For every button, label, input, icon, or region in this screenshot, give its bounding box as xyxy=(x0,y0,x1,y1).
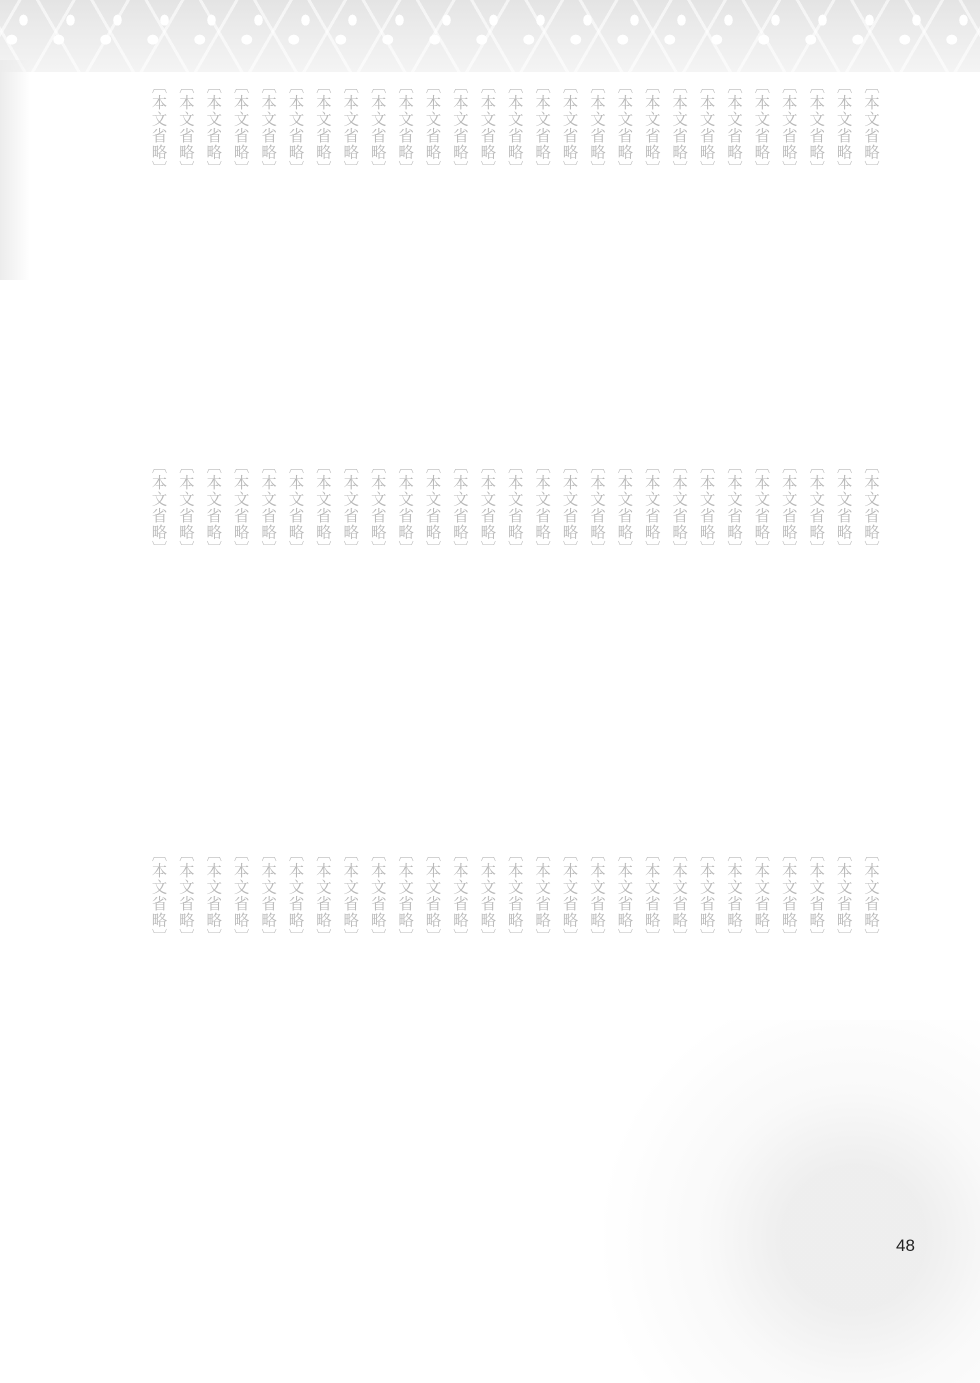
text-column: 〔本文省略〕 xyxy=(692,78,719,418)
text-column: 〔本文省略〕 xyxy=(281,458,308,818)
text-column: 〔本文省略〕 xyxy=(308,78,335,418)
text-column: 〔本文省略〕 xyxy=(829,458,856,818)
text-column: 〔本文省略〕 xyxy=(720,78,747,418)
text-column: 〔本文省略〕 xyxy=(336,846,363,1206)
text-column: 〔本文省略〕 xyxy=(226,846,253,1206)
text-column: 〔本文省略〕 xyxy=(254,846,281,1206)
text-column: 〔本文省略〕 xyxy=(857,846,884,1206)
text-column: 〔本文省略〕 xyxy=(391,846,418,1206)
text-column: 〔本文省略〕 xyxy=(774,78,801,418)
text-tier-middle: 〔本文省略〕〔本文省略〕〔本文省略〕〔本文省略〕〔本文省略〕〔本文省略〕〔本文省… xyxy=(128,458,884,818)
text-column: 〔本文省略〕 xyxy=(473,458,500,818)
text-column: 〔本文省略〕 xyxy=(446,846,473,1206)
text-column: 〔本文省略〕 xyxy=(637,78,664,418)
text-column: 〔本文省略〕 xyxy=(610,458,637,818)
text-column: 〔本文省略〕 xyxy=(720,458,747,818)
text-column: 〔本文省略〕 xyxy=(747,78,774,418)
text-column: 〔本文省略〕 xyxy=(610,78,637,418)
lace-border-decoration xyxy=(0,0,980,72)
text-column: 〔本文省略〕 xyxy=(665,458,692,818)
text-column: 〔本文省略〕 xyxy=(774,458,801,818)
text-column: 〔本文省略〕 xyxy=(308,458,335,818)
text-column: 〔本文省略〕 xyxy=(308,846,335,1206)
text-column: 〔本文省略〕 xyxy=(391,78,418,418)
text-column: 〔本文省略〕 xyxy=(144,846,171,1206)
text-column: 〔本文省略〕 xyxy=(226,458,253,818)
text-column: 〔本文省略〕 xyxy=(637,458,664,818)
text-column: 〔本文省略〕 xyxy=(665,846,692,1206)
text-column: 〔本文省略〕 xyxy=(637,846,664,1206)
text-column: 〔本文省略〕 xyxy=(528,78,555,418)
text-column: 〔本文省略〕 xyxy=(171,458,198,818)
text-column: 〔本文省略〕 xyxy=(583,78,610,418)
text-column: 〔本文省略〕 xyxy=(555,846,582,1206)
text-column: 〔本文省略〕 xyxy=(473,846,500,1206)
text-column: 〔本文省略〕 xyxy=(391,458,418,818)
text-column: 〔本文省略〕 xyxy=(363,78,390,418)
text-column: 〔本文省略〕 xyxy=(500,78,527,418)
text-column: 〔本文省略〕 xyxy=(418,846,445,1206)
text-column: 〔本文省略〕 xyxy=(199,458,226,818)
text-column: 〔本文省略〕 xyxy=(363,846,390,1206)
text-column: 〔本文省略〕 xyxy=(857,458,884,818)
text-column: 〔本文省略〕 xyxy=(747,458,774,818)
text-column: 〔本文省略〕 xyxy=(774,846,801,1206)
text-column: 〔本文省略〕 xyxy=(226,78,253,418)
text-column: 〔本文省略〕 xyxy=(802,458,829,818)
text-column: 〔本文省略〕 xyxy=(747,846,774,1206)
text-column: 〔本文省略〕 xyxy=(610,846,637,1206)
text-column: 〔本文省略〕 xyxy=(418,458,445,818)
text-column: 〔本文省略〕 xyxy=(829,78,856,418)
text-column: 〔本文省略〕 xyxy=(528,846,555,1206)
text-column: 〔本文省略〕 xyxy=(171,846,198,1206)
page-number: 48 xyxy=(896,1236,915,1256)
text-column: 〔本文省略〕 xyxy=(829,846,856,1206)
text-column: 〔本文省略〕 xyxy=(857,78,884,418)
text-column: 〔本文省略〕 xyxy=(199,78,226,418)
text-column: 〔本文省略〕 xyxy=(583,846,610,1206)
text-column: 〔本文省略〕 xyxy=(473,78,500,418)
text-column: 〔本文省略〕 xyxy=(555,458,582,818)
text-column: 〔本文省略〕 xyxy=(720,846,747,1206)
text-column: 〔本文省略〕 xyxy=(802,78,829,418)
text-column: 〔本文省略〕 xyxy=(144,78,171,418)
text-column: 〔本文省略〕 xyxy=(281,846,308,1206)
text-column: 〔本文省略〕 xyxy=(363,458,390,818)
text-column: 〔本文省略〕 xyxy=(583,458,610,818)
text-column: 〔本文省略〕 xyxy=(254,458,281,818)
text-column: 〔本文省略〕 xyxy=(418,78,445,418)
text-column: 〔本文省略〕 xyxy=(500,846,527,1206)
text-column: 〔本文省略〕 xyxy=(528,458,555,818)
text-column: 〔本文省略〕 xyxy=(692,846,719,1206)
text-column: 〔本文省略〕 xyxy=(171,78,198,418)
text-column: 〔本文省略〕 xyxy=(336,458,363,818)
text-column: 〔本文省略〕 xyxy=(692,458,719,818)
lace-side-decoration xyxy=(0,60,30,280)
text-column: 〔本文省略〕 xyxy=(555,78,582,418)
text-column: 〔本文省略〕 xyxy=(446,458,473,818)
text-column: 〔本文省略〕 xyxy=(336,78,363,418)
text-column: 〔本文省略〕 xyxy=(281,78,308,418)
text-column: 〔本文省略〕 xyxy=(446,78,473,418)
text-column: 〔本文省略〕 xyxy=(665,78,692,418)
text-column: 〔本文省略〕 xyxy=(500,458,527,818)
text-column: 〔本文省略〕 xyxy=(802,846,829,1206)
text-column: 〔本文省略〕 xyxy=(199,846,226,1206)
text-column: 〔本文省略〕 xyxy=(144,458,171,818)
text-column: 〔本文省略〕 xyxy=(254,78,281,418)
text-tier-bottom: 〔本文省略〕〔本文省略〕〔本文省略〕〔本文省略〕〔本文省略〕〔本文省略〕〔本文省… xyxy=(128,846,884,1206)
text-tier-top: 〔本文省略〕〔本文省略〕〔本文省略〕〔本文省略〕〔本文省略〕〔本文省略〕〔本文省… xyxy=(128,78,884,418)
